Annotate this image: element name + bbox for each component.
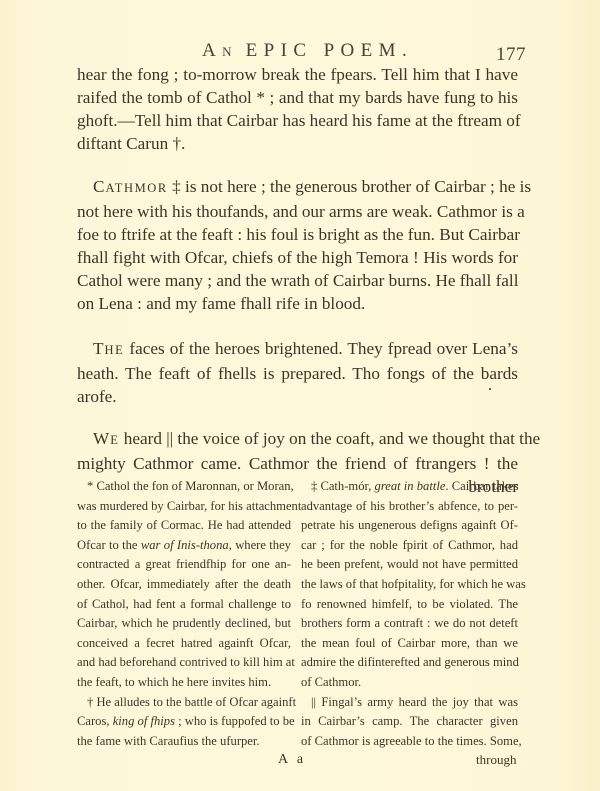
footnote-line: the laws of that hofpitality, for which … bbox=[301, 575, 518, 595]
footnote-line: advantage of his brother’s abfence, to p… bbox=[301, 497, 518, 517]
footnote-line: was murdered by Cairbar, for his attachm… bbox=[77, 497, 291, 517]
lead-capital: T bbox=[93, 339, 105, 358]
footnote-line: Cairbar, which he prudently declined, bu… bbox=[77, 614, 291, 634]
footnote-line: contracted a great friendfhip for one an… bbox=[77, 555, 291, 575]
lead-smallcaps: HE bbox=[105, 343, 125, 357]
text: , where they bbox=[229, 538, 291, 552]
footnote-line: of Cathmor is agreeable to the times. So… bbox=[301, 732, 518, 752]
lead-word: THE bbox=[93, 343, 124, 357]
text-line: foe to ftrife at the feaft : his foul is… bbox=[77, 223, 518, 246]
text-line: WE heard || the voice of joy on the coaf… bbox=[77, 427, 518, 452]
footnote-line: fo renowned himfelf, to be violated. The bbox=[301, 595, 518, 615]
footnote-line: other. Ofcar, immediately after the deat… bbox=[77, 575, 291, 595]
line-rest: heard || the voice of joy on the coaft, … bbox=[119, 429, 540, 448]
footnote-line: Caros, king of fhips ; who is fuppofed t… bbox=[77, 712, 291, 732]
catchword: through bbox=[476, 752, 516, 768]
running-head-smallcaps: N bbox=[222, 44, 234, 59]
text-line: diftant Carun †. bbox=[77, 132, 518, 155]
text-line: ghoft.—Tell him that Cairbar has heard h… bbox=[77, 109, 518, 132]
footnote-line: || Fingal’s army heard the joy that was bbox=[301, 693, 518, 713]
footnote-line: petrate his ungenerous defigns againft O… bbox=[301, 516, 518, 536]
footnote-line: the mean foul of Cairbar more, than we bbox=[301, 634, 518, 654]
footnote-line: of Cathol, had fent a formal challenge t… bbox=[77, 595, 291, 615]
italic-gloss: great in battle bbox=[375, 479, 446, 493]
footnote-line: * Cathol the fon of Maronnan, or Moran, bbox=[77, 477, 291, 497]
text: ; who is fuppofed to be bbox=[175, 714, 295, 728]
lead-word: CATHMOR bbox=[93, 181, 168, 195]
footnote-line: brothers form a contraft : we do not det… bbox=[301, 614, 518, 634]
running-head: AN EPIC POEM. bbox=[202, 40, 413, 62]
footnote-line: admire the difinterefted and generous mi… bbox=[301, 653, 518, 673]
footnote-line: car ; for the noble fpirit of Cathmor, h… bbox=[301, 536, 518, 556]
text-line: not here with his thoufands, and our arm… bbox=[77, 200, 518, 223]
text-line: fhall fight with Ofcar, chiefs of the hi… bbox=[77, 246, 518, 269]
footnote-line: he been prefent, would not have permitte… bbox=[301, 555, 518, 575]
paragraph-3: THE faces of the heroes brightened. They… bbox=[77, 337, 518, 408]
footnote-line: and had beforehand contrived to kill him… bbox=[77, 653, 291, 673]
footnotes-right-column: ‡ Cath-mór, great in battle. Cairbar tak… bbox=[301, 477, 518, 751]
print-speck bbox=[489, 388, 491, 390]
italic-title: war of Inis-thona bbox=[141, 538, 229, 552]
running-head-initial: A bbox=[202, 40, 222, 61]
text-line: on Lena : and my fame fhall rife in bloo… bbox=[77, 292, 518, 315]
footnote-line: † He alludes to the battle of Ofcar agai… bbox=[77, 693, 291, 713]
text: Ofcar to the bbox=[77, 538, 141, 552]
text-line: Cathol were many ; and the wrath of Cair… bbox=[77, 269, 518, 292]
text-line: CATHMOR ‡ is not here ; the generous bro… bbox=[77, 175, 518, 200]
lead-capital: W bbox=[93, 429, 110, 448]
footnote-line: the feaft, to which he here invites him. bbox=[77, 673, 291, 693]
text: Caros, bbox=[77, 714, 113, 728]
text-line: heath. The feaft of fhells is prepared. … bbox=[77, 362, 518, 385]
signature-mark: A a bbox=[278, 752, 306, 768]
text-line: mighty Cathmor came. Cathmor the friend … bbox=[77, 452, 518, 475]
line-rest: ‡ is not here ; the generous brother of … bbox=[168, 177, 531, 196]
running-head-title: EPIC POEM. bbox=[235, 40, 414, 61]
footnote-line: to the family of Cormac. He had attended bbox=[77, 516, 291, 536]
line-rest: faces of the heroes brightened. They fpr… bbox=[124, 339, 518, 358]
footnote-line: of Cathmor. bbox=[301, 673, 518, 693]
text-line: THE faces of the heroes brightened. They… bbox=[77, 337, 518, 362]
lead-smallcaps: ATHMOR bbox=[105, 181, 167, 195]
italic-title: king of fhips bbox=[113, 714, 175, 728]
text-line: hear the fong ; to-morrow break the fpea… bbox=[77, 63, 518, 86]
paragraph-2: CATHMOR ‡ is not here ; the generous bro… bbox=[77, 175, 518, 315]
footnote-line: ‡ Cath-mór, great in battle. Cairbar tak… bbox=[301, 477, 518, 497]
text-line: raifed the tomb of Cathol * ; and that m… bbox=[77, 86, 518, 109]
text: ‡ Cath-mór, bbox=[311, 479, 375, 493]
footnote-line: in Cairbar’s camp. The character given bbox=[301, 712, 518, 732]
text-line: arofe. bbox=[77, 385, 518, 408]
footnote-line: the fame with Caraufius the ufurper. bbox=[77, 732, 291, 752]
footnote-line: Ofcar to the war of Inis-thona, where th… bbox=[77, 536, 291, 556]
paragraph-1: hear the fong ; to-morrow break the fpea… bbox=[77, 63, 518, 155]
lead-capital: C bbox=[93, 177, 105, 196]
lead-word: WE bbox=[93, 433, 119, 447]
book-page: AN EPIC POEM. 177 hear the fong ; to-mor… bbox=[0, 0, 600, 791]
text: . Cairbar takes bbox=[445, 479, 518, 493]
footnote-line: conceived a fecret hatred againft Ofcar, bbox=[77, 634, 291, 654]
footnotes-left-column: * Cathol the fon of Maronnan, or Moran, … bbox=[77, 477, 291, 751]
